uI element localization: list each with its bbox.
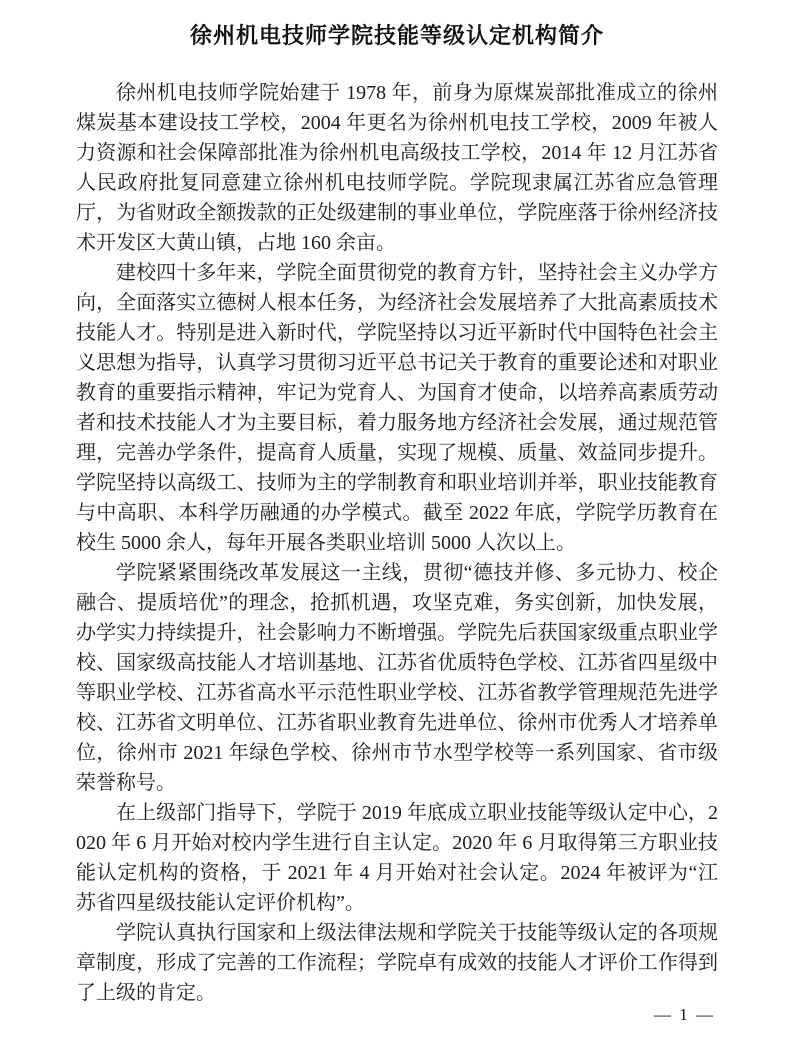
page-number: — 1 — <box>654 1005 715 1025</box>
document-title: 徐州机电技师学院技能等级认定机构简介 <box>76 20 718 52</box>
document-page: 徐州机电技师学院技能等级认定机构简介 徐州机电技师学院始建于 1978 年，前身… <box>0 0 793 1043</box>
paragraph-certification-center: 在上级部门指导下，学院于 2019 年底成立职业技能等级认定中心，2020 年 … <box>76 798 718 918</box>
paragraph-history: 徐州机电技师学院始建于 1978 年，前身为原煤炭部批准成立的徐州煤炭基本建设技… <box>76 78 718 258</box>
document-content: 徐州机电技师学院技能等级认定机构简介 徐州机电技师学院始建于 1978 年，前身… <box>76 20 718 1008</box>
paragraph-regulations: 学院认真执行国家和上级法律法规和学院关于技能等级认定的各项规章制度，形成了完善的… <box>76 918 718 1008</box>
paragraph-honors: 学院紧紧围绕改革发展这一主线，贯彻“德技并修、多元协力、校企融合、提质培优”的理… <box>76 558 718 798</box>
paragraph-education-policy: 建校四十多年来，学院全面贯彻党的教育方针，坚持社会主义办学方向，全面落实立德树人… <box>76 258 718 558</box>
